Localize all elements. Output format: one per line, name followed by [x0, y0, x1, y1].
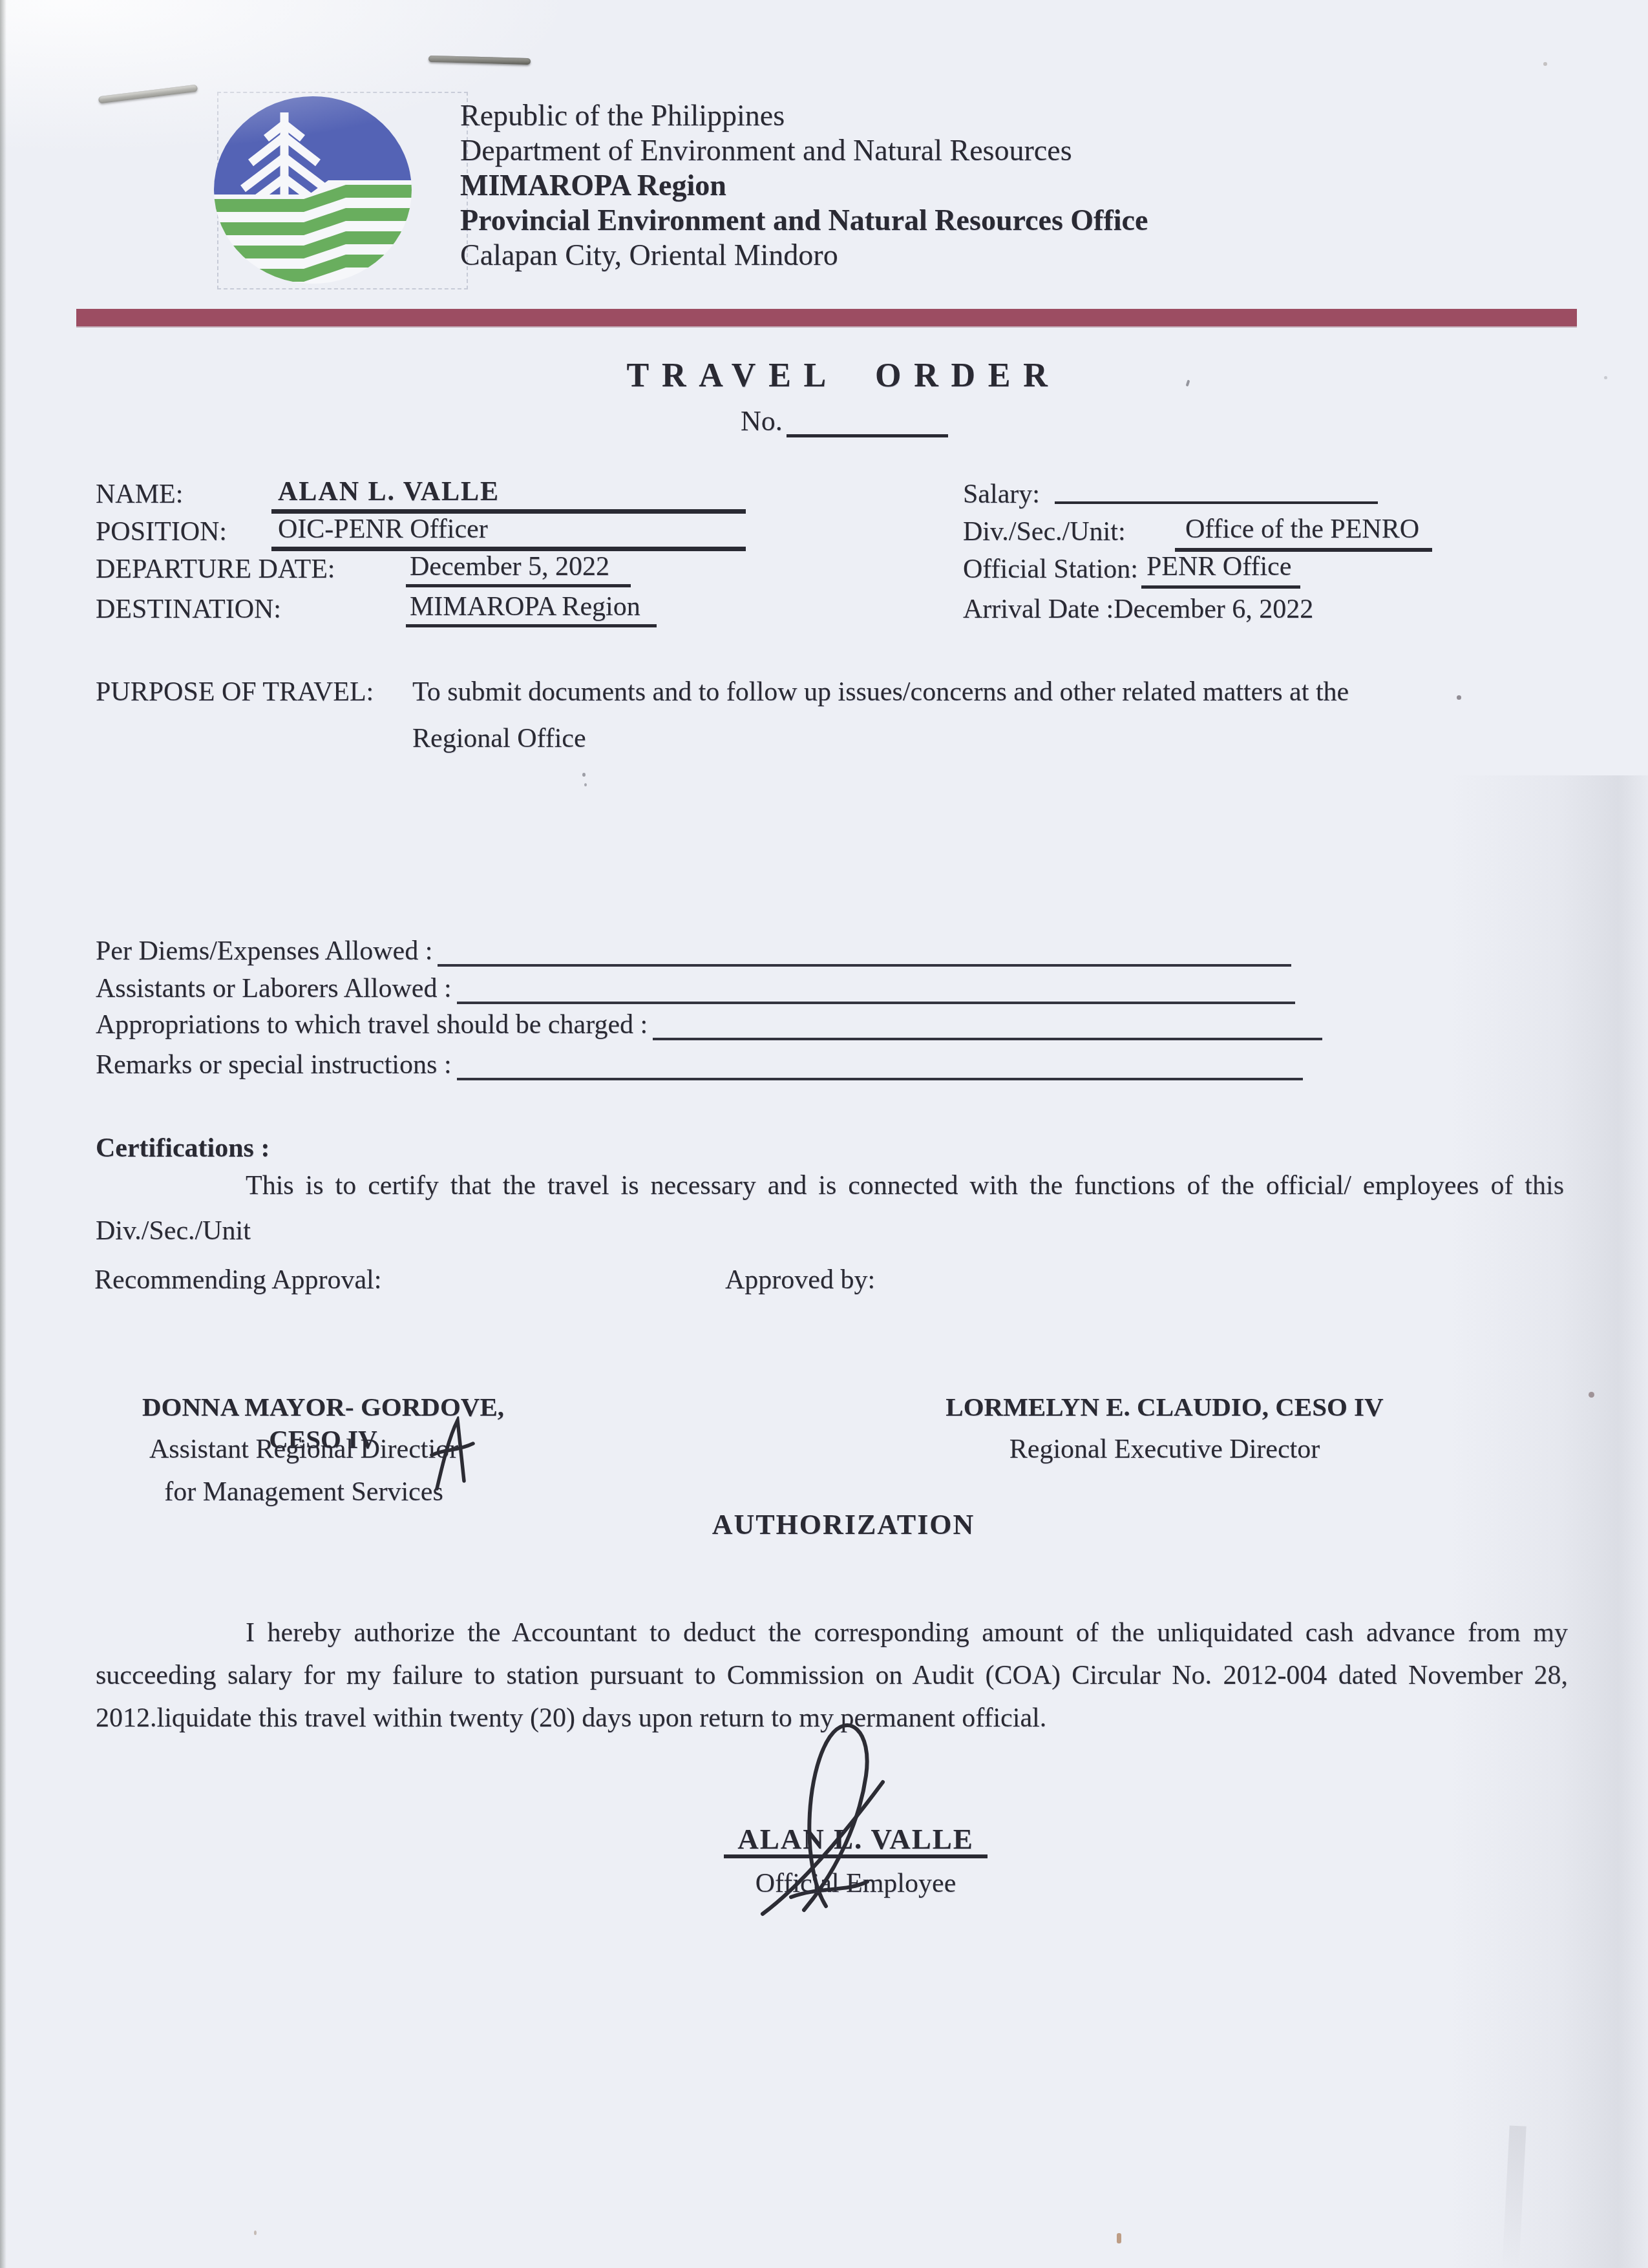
- order-no-label: No.: [741, 404, 783, 437]
- salary-blank-line: [1055, 470, 1378, 504]
- remarks-label: Remarks or special instructions :: [96, 1048, 452, 1082]
- assistants-blank: [457, 972, 1295, 1004]
- order-no-blank: [787, 404, 948, 437]
- departure-date-label: DEPARTURE DATE:: [96, 553, 335, 585]
- letterhead: Republic of the Philippines Department o…: [460, 98, 1148, 273]
- position-value: OIC-PENR Officer: [271, 514, 488, 544]
- per-diems-label: Per Diems/Expenses Allowed :: [96, 934, 432, 968]
- divider-bar: [76, 309, 1577, 326]
- letterhead-line-region: MIMAROPA Region: [460, 168, 1148, 203]
- paper-speck: [1589, 1392, 1594, 1398]
- paper-speck: [1604, 376, 1607, 379]
- appropriations-blank: [653, 1008, 1322, 1040]
- approved-by-label: Approved by:: [725, 1264, 875, 1296]
- staple-top-left-icon: [98, 85, 198, 104]
- certifications-heading: Certifications :: [96, 1132, 269, 1164]
- paper-speck: [1457, 695, 1461, 700]
- salary-label: Salary:: [963, 478, 1040, 510]
- authorization-line-1: I hereby authorize the Accountant to ded…: [96, 1617, 1568, 1649]
- arrival-date-row: Arrival Date :December 6, 2022: [963, 593, 1313, 625]
- signatory-right-title: Regional Executive Director: [913, 1433, 1417, 1465]
- signatory-right-name: LORMELYN E. CLAUDIO, CESO IV: [913, 1391, 1417, 1423]
- position-label: POSITION:: [96, 516, 227, 548]
- name-value-line: ALAN L. VALLE: [271, 476, 746, 514]
- div-sec-unit-value: Office of the PENRO: [1175, 514, 1419, 544]
- page-title: TRAVEL ORDER: [36, 357, 1648, 395]
- assistants-label: Assistants or Laborers Allowed :: [96, 972, 452, 1005]
- paper-speck: [1117, 2233, 1121, 2243]
- signature-name: ALAN L. VALLE: [724, 1822, 988, 1858]
- order-no-row: No.: [741, 404, 948, 437]
- per-diems-row: Per Diems/Expenses Allowed :: [96, 934, 1291, 968]
- authorization-heading: AUTHORIZATION: [36, 1508, 1648, 1541]
- paper-wrinkle: [1502, 2125, 1526, 2268]
- staple-top-center-icon: [428, 56, 531, 65]
- purpose-line-2: Regional Office: [412, 722, 586, 755]
- letterhead-line-republic: Republic of the Philippines: [460, 98, 1148, 133]
- div-sec-unit-line: Office of the PENRO: [1175, 513, 1432, 552]
- remarks-row: Remarks or special instructions :: [96, 1048, 1303, 1082]
- name-label: NAME:: [96, 478, 183, 510]
- official-station-value: PENR Office: [1141, 552, 1291, 582]
- initial-signature-mark: [429, 1416, 476, 1495]
- paper-speck: [1543, 62, 1547, 66]
- authorization-line-2: succeeding salary for my failure to stat…: [96, 1659, 1568, 1692]
- arrival-date-label: Arrival Date :: [963, 594, 1114, 624]
- departure-date-line: December 5, 2022: [406, 551, 631, 587]
- destination-value: MIMAROPA Region: [406, 592, 640, 622]
- paper-speck: [582, 773, 586, 777]
- paper-speck: [584, 783, 587, 786]
- appropriations-row: Appropriations to which travel should be…: [96, 1008, 1322, 1042]
- purpose-line-1: To submit documents and to follow up iss…: [412, 676, 1576, 708]
- destination-label: DESTINATION:: [96, 593, 281, 625]
- position-value-line: OIC-PENR Officer: [271, 513, 746, 551]
- per-diems-blank: [438, 934, 1291, 967]
- div-sec-unit-label: Div./Sec./Unit:: [963, 516, 1126, 548]
- letterhead-line-department: Department of Environment and Natural Re…: [460, 133, 1148, 168]
- certifications-body-line-1: This is to certify that the travel is ne…: [96, 1170, 1564, 1202]
- signature-title: Official Employee: [724, 1867, 988, 1900]
- destination-line: MIMAROPA Region: [406, 591, 657, 627]
- paper-speck: [254, 2231, 257, 2235]
- letterhead-line-office: Provincial Environment and Natural Resou…: [460, 203, 1148, 238]
- remarks-blank: [457, 1048, 1303, 1080]
- recommending-approval-label: Recommending Approval:: [94, 1264, 381, 1296]
- appropriations-label: Appropriations to which travel should be…: [96, 1008, 648, 1042]
- assistants-row: Assistants or Laborers Allowed :: [96, 972, 1295, 1005]
- departure-date-value: December 5, 2022: [406, 552, 609, 582]
- purpose-label: PURPOSE OF TRAVEL:: [96, 676, 374, 708]
- arrival-date-value: December 6, 2022: [1114, 594, 1313, 624]
- letterhead-line-city: Calapan City, Oriental Mindoro: [460, 238, 1148, 273]
- official-station-line: PENR Office: [1141, 551, 1300, 589]
- scanned-travel-order-page: Republic of the Philippines Department o…: [0, 0, 1648, 2268]
- official-station-label: Official Station:: [963, 553, 1138, 585]
- name-value: ALAN L. VALLE: [271, 477, 500, 507]
- certifications-body-line-2: Div./Sec./Unit: [96, 1215, 251, 1247]
- denr-logo: [213, 96, 412, 284]
